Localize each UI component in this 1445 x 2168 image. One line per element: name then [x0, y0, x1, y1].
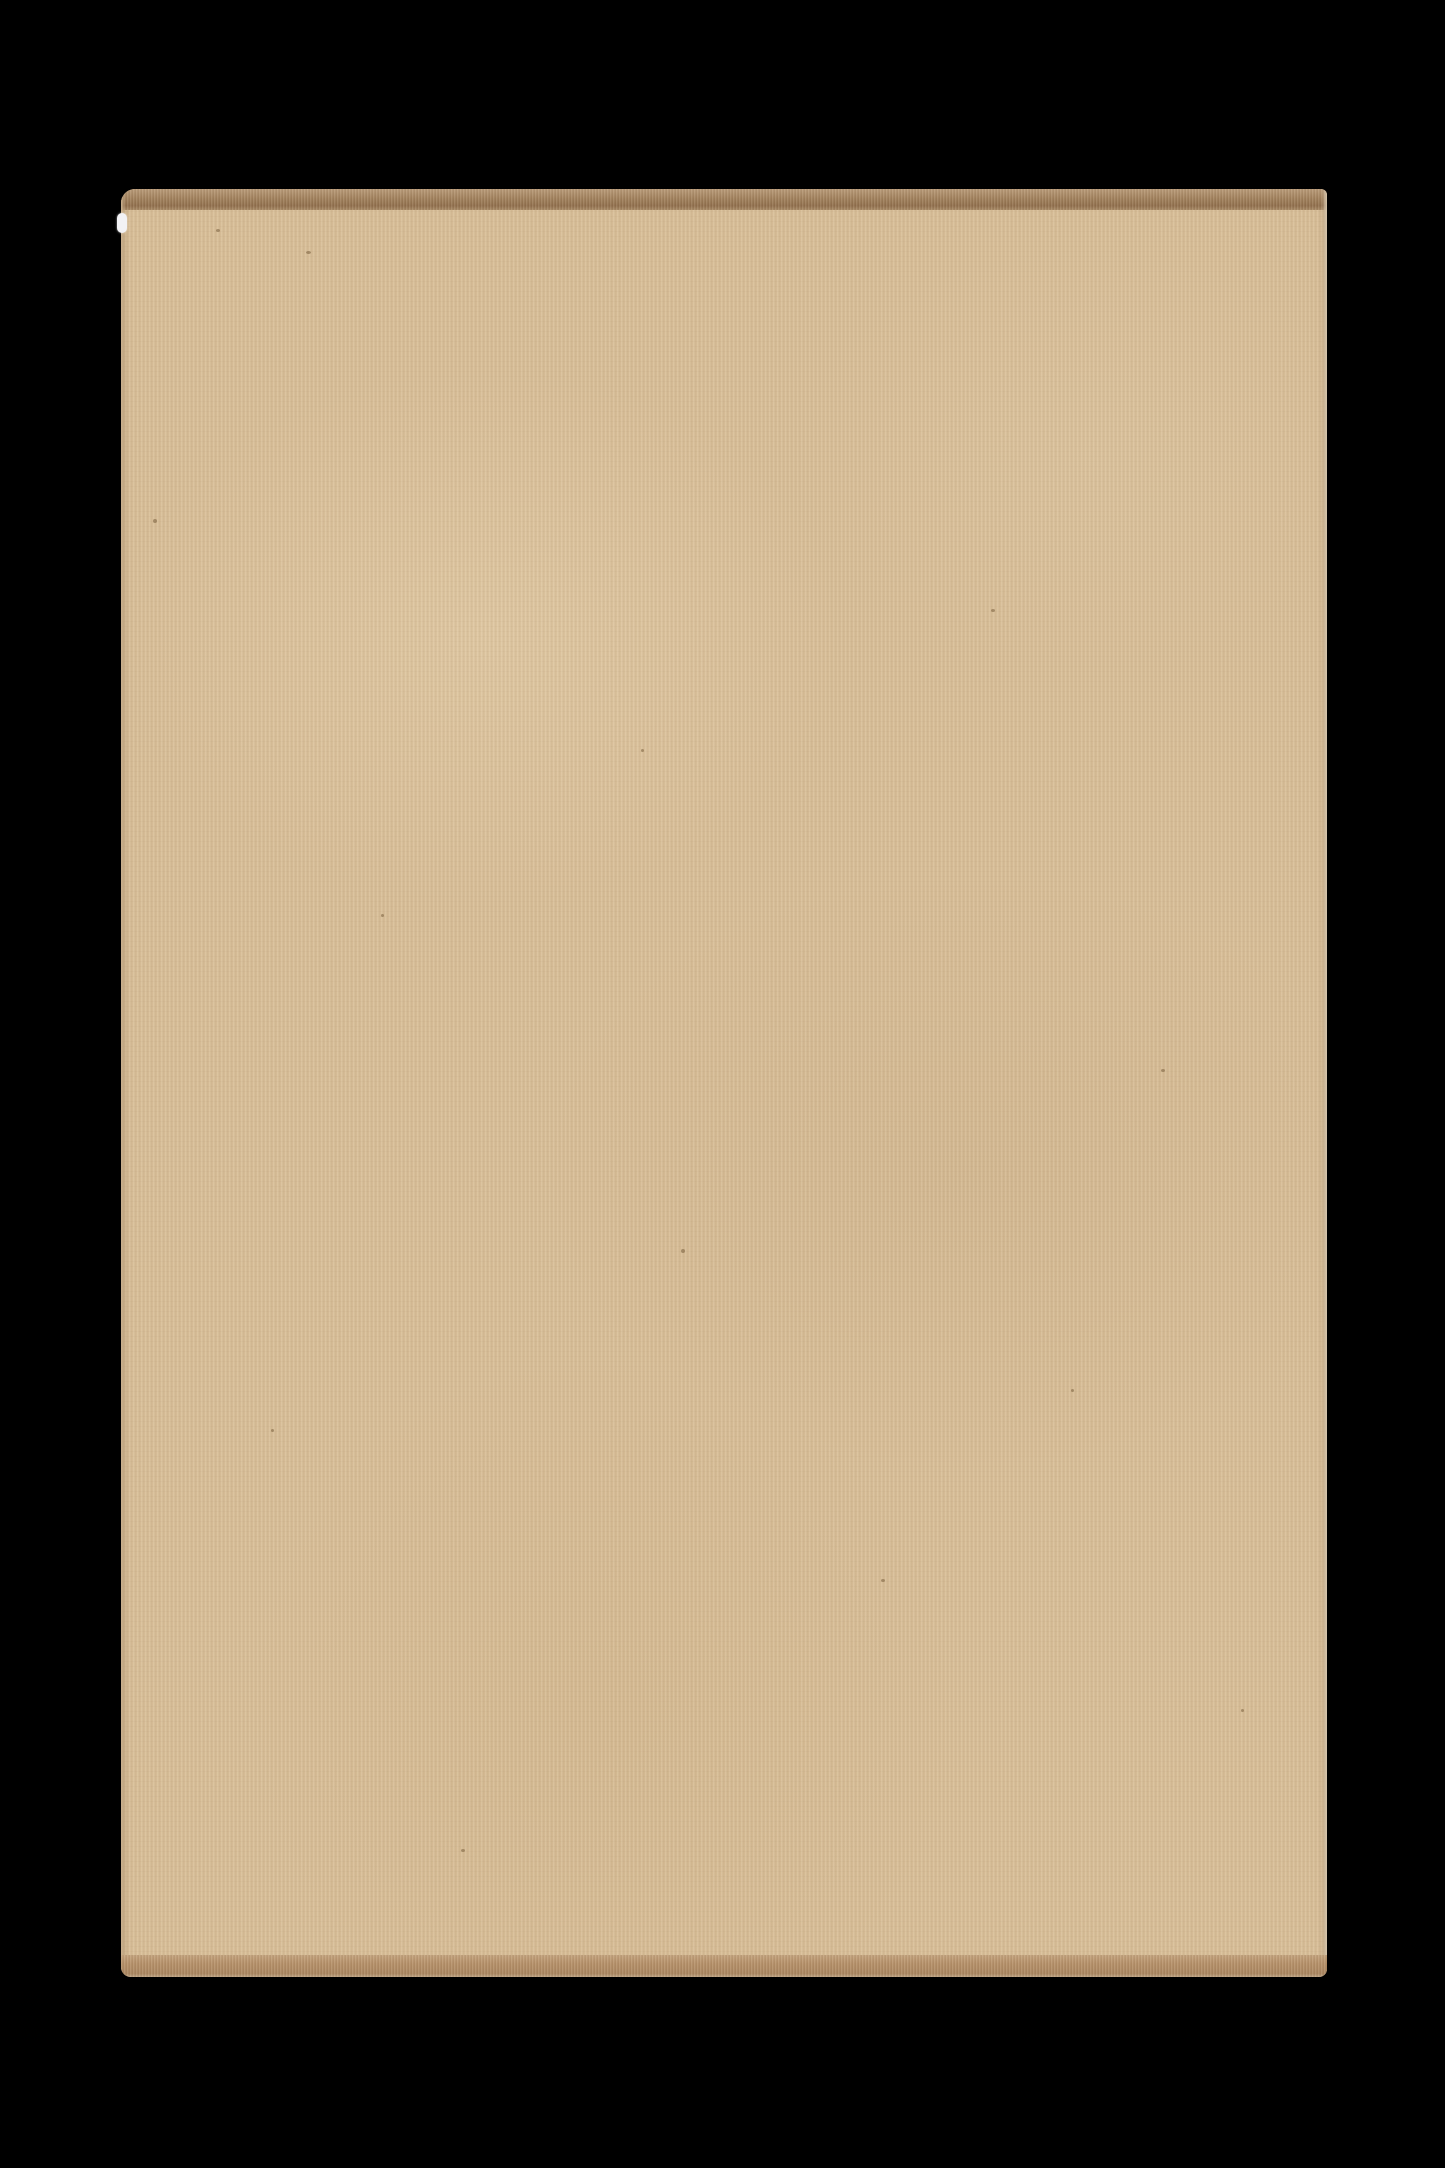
fiber-speck [641, 749, 644, 752]
rug-bottom-border-band [121, 1955, 1327, 1977]
photo-background [0, 0, 1445, 2168]
fiber-speck [681, 1249, 685, 1253]
fiber-speck [1071, 1389, 1074, 1392]
rug-right-edge [1322, 189, 1327, 1977]
fiber-speck [216, 229, 220, 232]
fiber-speck [1161, 1069, 1165, 1072]
fiber-speck [1241, 1709, 1244, 1712]
fiber-speck [881, 1579, 885, 1582]
fiber-speck [991, 609, 995, 612]
fiber-speck [461, 1849, 465, 1852]
white-tag-fleck [117, 213, 127, 233]
rug [121, 189, 1327, 1977]
fiber-speck [153, 519, 157, 523]
rug-left-edge [121, 189, 125, 1977]
fiber-speck [306, 251, 311, 254]
rug-top-border-band [121, 189, 1327, 210]
fiber-speck [271, 1429, 274, 1432]
fiber-speck [381, 914, 384, 917]
